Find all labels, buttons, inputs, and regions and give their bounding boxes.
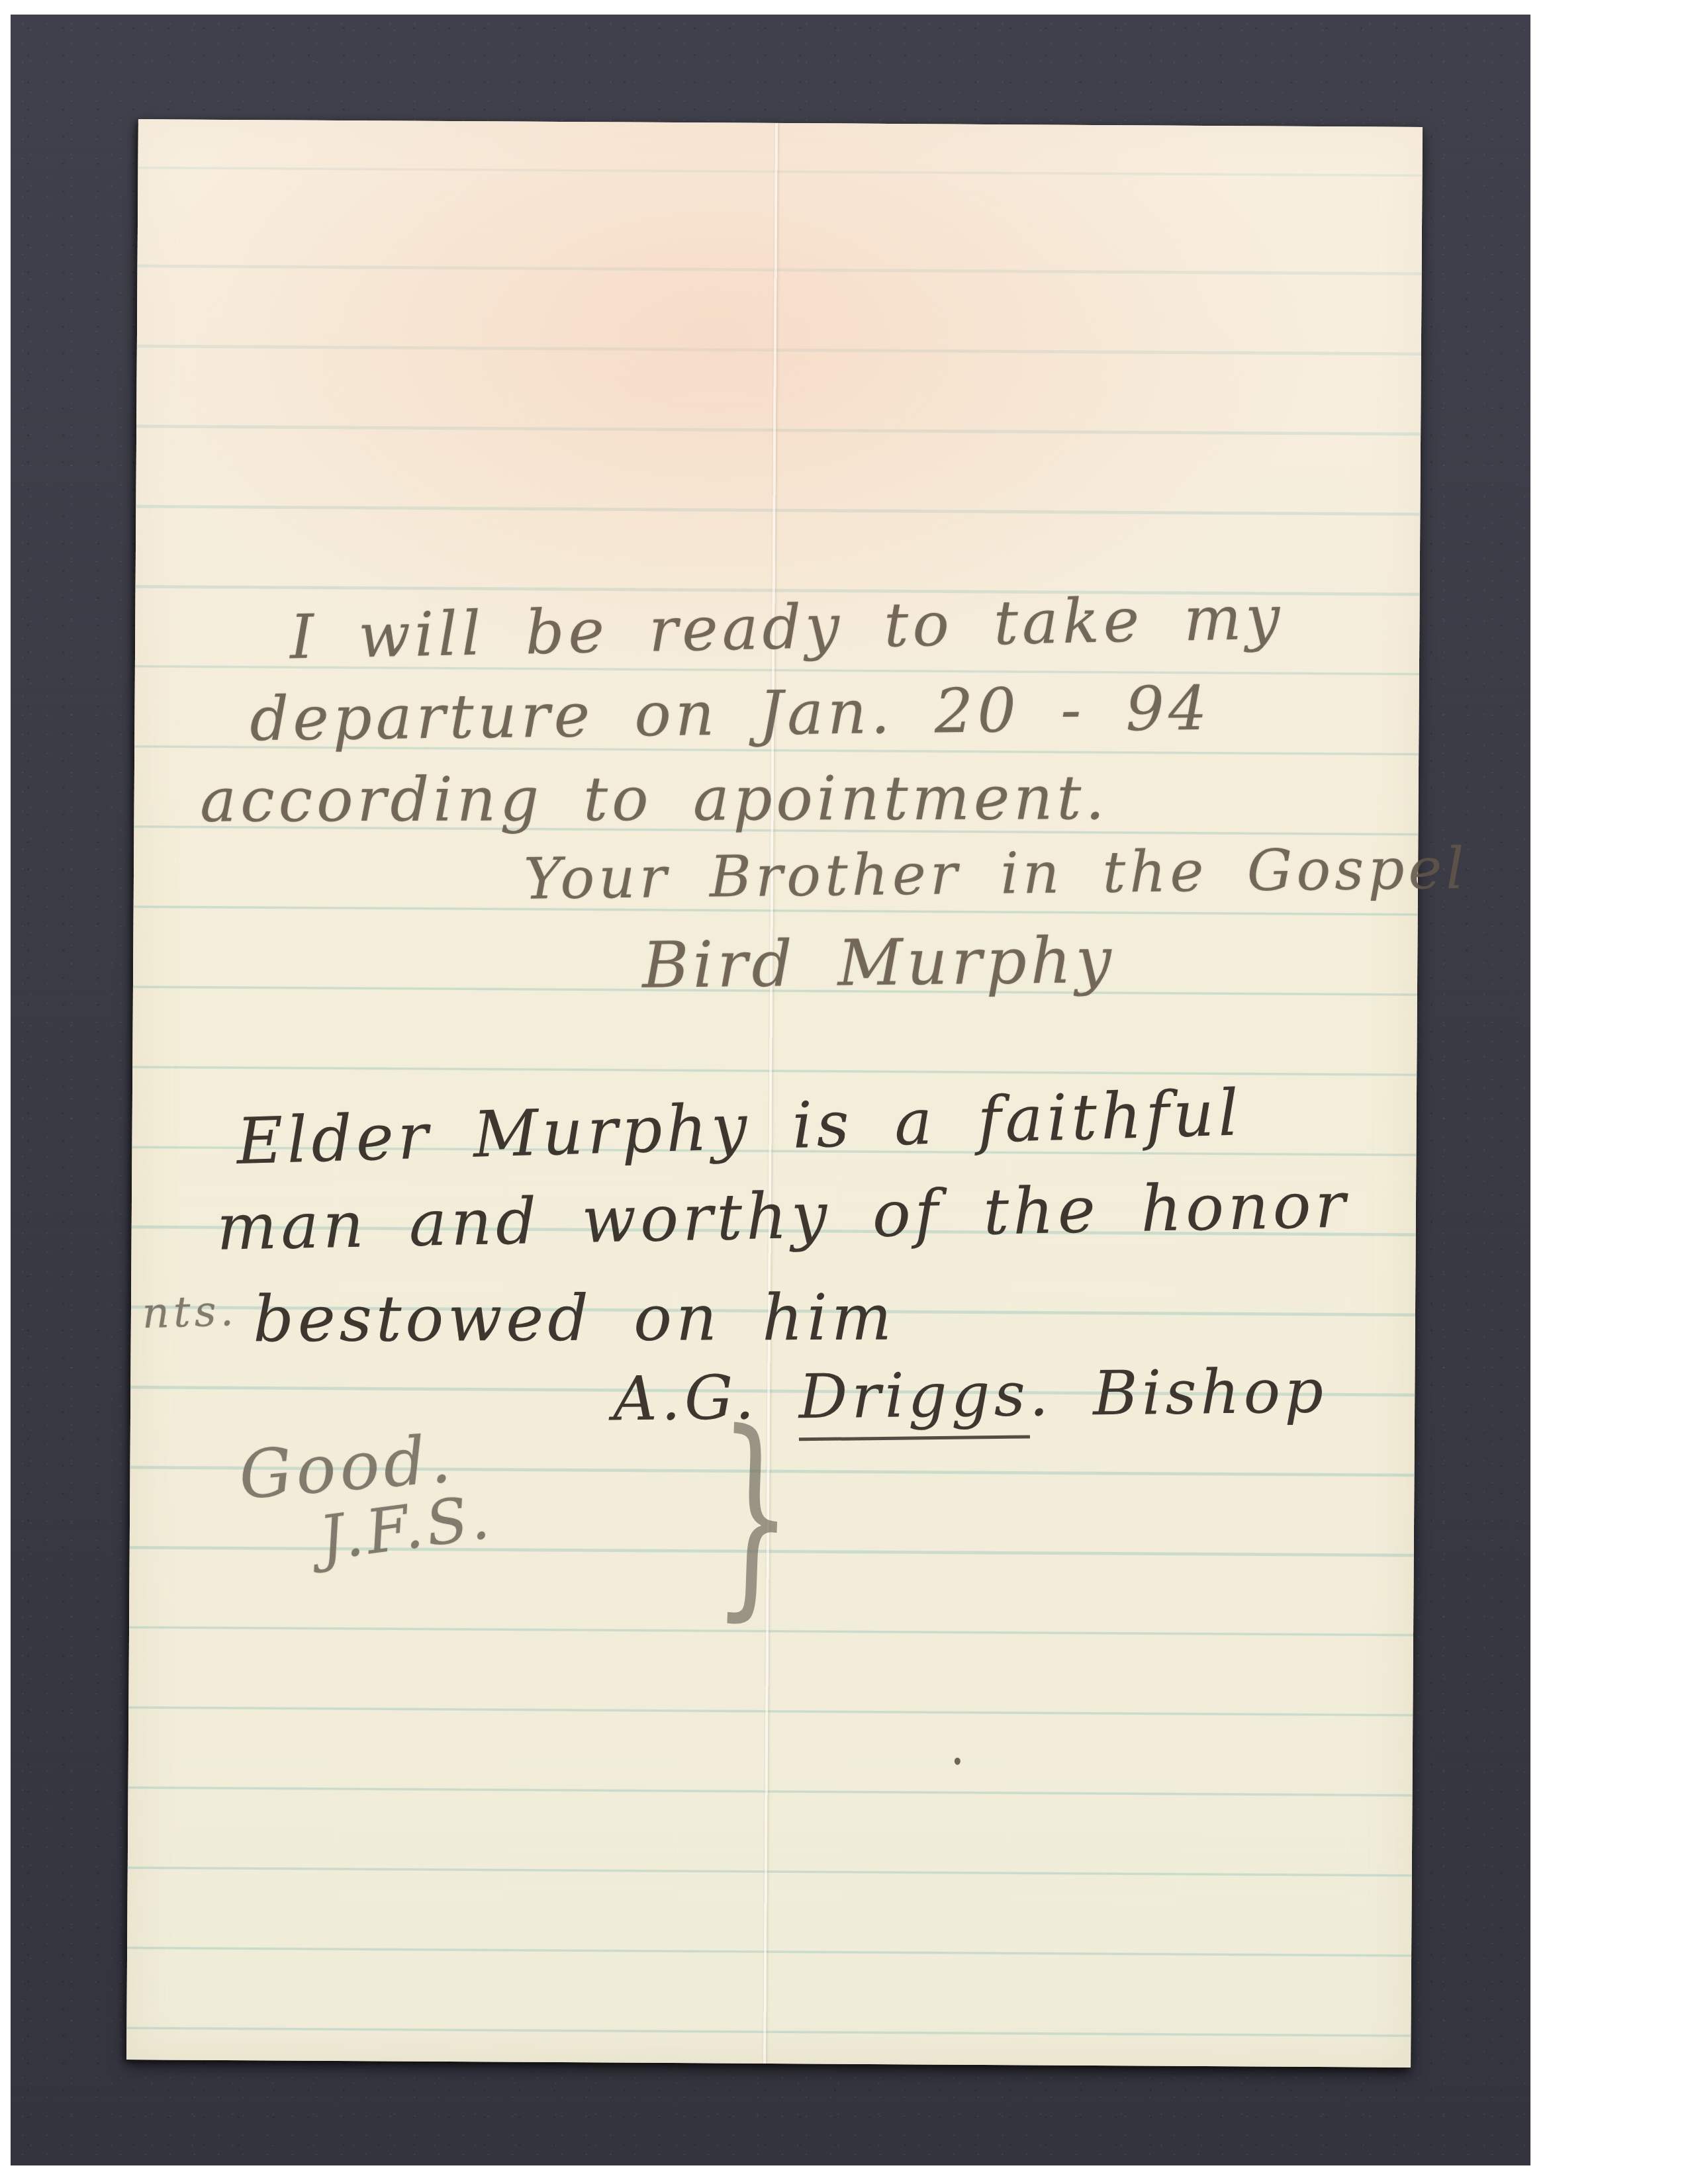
- review-brace-mark: }: [712, 1384, 797, 1645]
- margin-fragment: nts.: [142, 1287, 238, 1338]
- endorsement-line-3: bestowed on him: [253, 1281, 896, 1357]
- letter-body-line-3: according to apointment.: [200, 762, 1109, 836]
- letter-body-line-2: departure on Jan. 20 - 94: [250, 673, 1211, 754]
- letter-signature-bird-murphy: Bird Murphy: [642, 923, 1116, 1003]
- scanned-letter-page: I will be ready to take my departure on …: [0, 0, 1688, 2184]
- letter-sheet: I will be ready to take my departure on …: [126, 119, 1423, 2068]
- letter-closing: Your Brother in the Gospel: [524, 836, 1469, 913]
- signature-name-underlined: Driggs: [798, 1359, 1030, 1441]
- signature-suffix: . Bishop: [1029, 1355, 1327, 1430]
- paper-speck: [955, 1758, 961, 1765]
